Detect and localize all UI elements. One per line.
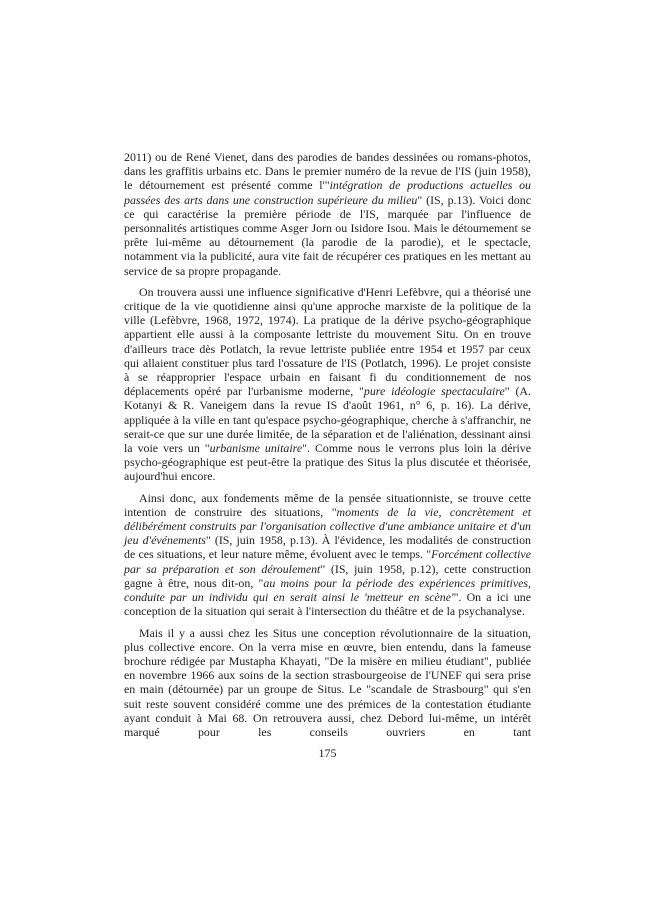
paragraph: Ainsi donc, aux fondements même de la pe… xyxy=(124,491,531,619)
body-text-block: 2011) ou de René Vienet, dans des parodi… xyxy=(124,150,531,760)
paragraph: Mais il y a aussi chez les Situs une con… xyxy=(124,626,531,740)
document-page: 2011) ou de René Vienet, dans des parodi… xyxy=(0,0,650,920)
paragraph: On trouvera aussi une influence signific… xyxy=(124,285,531,484)
paragraphs-container: 2011) ou de René Vienet, dans des parodi… xyxy=(124,150,531,739)
quoted-italic-text: urbanisme unitaire xyxy=(210,441,302,455)
text-segment: Mais il y a aussi chez les Situs une con… xyxy=(124,626,531,739)
text-segment: On trouvera aussi une influence signific… xyxy=(124,285,531,398)
quoted-italic-text: pure idéologie spectaculaire xyxy=(364,384,505,398)
page-number: 175 xyxy=(124,746,531,760)
paragraph: 2011) ou de René Vienet, dans des parodi… xyxy=(124,150,531,278)
